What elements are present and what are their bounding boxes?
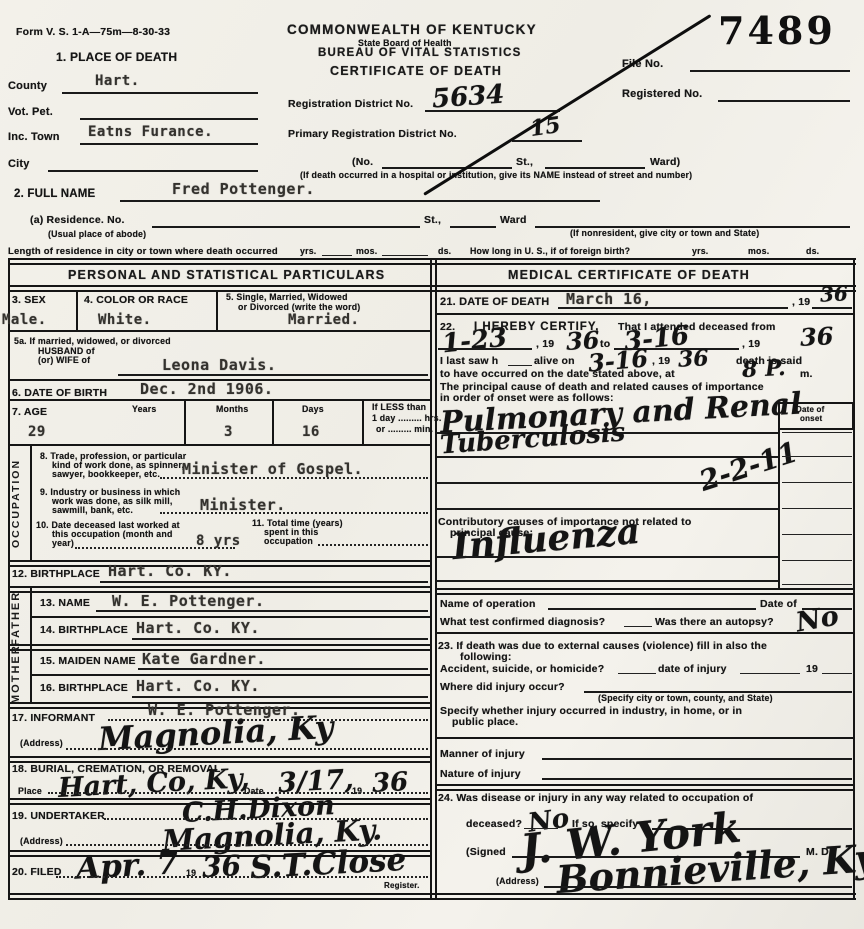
mother-birthplace-value: Hart. Co. KY. [136, 677, 260, 695]
deceased-label: deceased? [466, 818, 522, 830]
length-residence-label: Length of residence in city or town wher… [8, 246, 278, 257]
full-name-value: Fred Pottenger. [172, 180, 315, 198]
divider [436, 737, 853, 739]
birthplace-label: 12. BIRTHPLACE [12, 568, 100, 580]
date-of-injury-label: date of injury [658, 663, 727, 675]
external-causes-label2: following: [460, 651, 512, 663]
underline [782, 508, 852, 509]
undertaker-address-label: (Address) [20, 836, 63, 846]
residence-label: (a) Residence. No. [30, 214, 125, 226]
test-confirmed-label: What test confirmed diagnosis? [440, 616, 605, 628]
divider [8, 330, 432, 332]
register-label: Register. [384, 881, 420, 890]
if-less-label2: 1 day ......... hrs. [372, 413, 442, 423]
mother-maiden-label: 15. MAIDEN NAME [40, 655, 136, 667]
divider [272, 399, 274, 444]
year-prefix: , 19 [652, 355, 670, 367]
certificate-title: CERTIFICATE OF DEATH [330, 64, 502, 78]
field10-label3: year) [52, 538, 74, 548]
mother-side-label: MOTHER [10, 650, 28, 704]
yrs-label: yrs. [692, 246, 708, 256]
underline [690, 70, 850, 72]
underline [382, 255, 428, 256]
last-saw-year: 36 [677, 345, 709, 373]
manner-of-injury-label: Manner of injury [440, 748, 525, 760]
divider [436, 632, 853, 634]
death-certificate-scan: Form V. S. 1-A—75m—8-30-33 1. PLACE OF D… [0, 0, 864, 929]
underline [100, 581, 428, 583]
age-years-header: Years [132, 404, 156, 414]
father-name-value: W. E. Pottenger. [112, 592, 265, 610]
underline [450, 226, 496, 228]
full-name-label: 2. FULL NAME [14, 188, 95, 200]
married-to-label: 5a. If married, widowed, or divorced [14, 336, 171, 346]
underline [508, 365, 532, 366]
undertaker-label: 19. UNDERTAKER [12, 810, 105, 822]
accident-suicide-label: Accident, suicide, or homicide? [440, 663, 604, 675]
burial-year-value: 36 [371, 767, 409, 799]
father-name-label: 13. NAME [40, 597, 90, 609]
wife-of-label: (or) WIFE of [38, 355, 90, 365]
residence-st-label: St., [424, 214, 441, 226]
related-to-occupation-label: 24. Was disease or injury in any way rel… [438, 792, 753, 804]
attended-from-value: 1-23 [441, 323, 509, 360]
underline [120, 200, 600, 202]
date-of-death-value: March 16, [566, 290, 652, 308]
age-years-value: 29 [28, 424, 46, 440]
underline [545, 167, 645, 169]
sex-value: Male. [2, 312, 47, 328]
form-code: Form V. S. 1-A—75m—8-30-33 [16, 26, 170, 38]
county-label: County [8, 80, 47, 92]
divider [8, 399, 432, 401]
date-of-onset-label2: onset [800, 414, 822, 423]
county-value: Hart. [95, 73, 140, 89]
occupation-value: Minister of Gospel. [182, 460, 363, 478]
divider [8, 893, 856, 900]
underline [382, 167, 512, 169]
filed-year-value: 36 [201, 849, 242, 884]
mos-label: mos. [356, 246, 377, 256]
inc-town-label: Inc. Town [8, 131, 60, 143]
underline [782, 534, 852, 535]
underline [160, 477, 428, 479]
hospital-note: (If death occurred in a hospital or inst… [300, 170, 692, 180]
autopsy-label: Was there an autopsy? [655, 616, 774, 628]
underline [782, 560, 852, 561]
divider [30, 674, 432, 676]
nature-of-injury-label: Nature of injury [440, 768, 521, 780]
underline [782, 456, 852, 457]
section-place-of-death: 1. PLACE OF DEATH [56, 50, 177, 64]
injury-year-prefix: 19 [806, 663, 818, 675]
signed-label: (Signed [466, 846, 506, 858]
race-value: White. [98, 312, 152, 328]
divider [435, 258, 437, 898]
underline [96, 610, 428, 612]
bureau-subtitle: BUREAU OF VITAL STATISTICS [318, 47, 522, 59]
how-long-us-label: How long in U. S., if of foreign birth? [470, 246, 630, 256]
registered-no-label: Registered No. [622, 88, 702, 100]
st-label: St., [516, 156, 533, 168]
ds-label: ds. [438, 246, 451, 256]
death-year-value: 36 [819, 281, 848, 306]
underline [80, 143, 258, 145]
underline [80, 118, 258, 120]
father-birthplace-value: Hart. Co. KY. [136, 619, 260, 637]
date-of-onset-value: 2-2-11 [695, 435, 801, 498]
divider [853, 258, 855, 898]
age-days-value: 16 [302, 424, 320, 440]
divider [184, 399, 186, 444]
underline [322, 255, 352, 256]
field11-label3: occupation [264, 536, 313, 546]
voting-precinct-label: Vot. Pet. [8, 106, 53, 118]
underline [542, 758, 852, 760]
personal-section-title: PERSONAL AND STATISTICAL PARTICULARS [68, 268, 385, 282]
year-prefix: 19 [352, 786, 362, 796]
underline [138, 668, 428, 670]
registration-district-label: Registration District No. [288, 98, 413, 110]
field8-label3: sawyer, bookkeeper, etc. [52, 469, 160, 479]
underline [624, 626, 652, 627]
underline [512, 140, 582, 142]
underline [425, 110, 560, 112]
hour-of-death: 8 P. [741, 355, 786, 383]
primary-registration-label: Primary Registration District No. [288, 128, 457, 140]
underline [66, 748, 428, 750]
registrar-signature: S.T.Close [249, 842, 407, 886]
underline [160, 512, 428, 514]
underline [437, 556, 778, 558]
last-saw-label: I last saw h [440, 355, 498, 367]
underline [437, 580, 778, 582]
underline [75, 547, 235, 549]
divider [436, 588, 853, 595]
occurred-label: to have occurred on the date stated abov… [440, 368, 675, 380]
underline [542, 778, 852, 780]
underline [618, 673, 656, 674]
underline [56, 876, 428, 878]
name-of-operation-label: Name of operation [440, 598, 536, 610]
residence-ward-label: Ward [500, 214, 527, 226]
age-days-header: Days [302, 404, 324, 414]
divider [8, 444, 432, 446]
divider [362, 399, 364, 444]
underline [437, 482, 778, 484]
underline [437, 508, 778, 510]
underline [132, 638, 428, 640]
divider [436, 313, 853, 315]
underline [782, 482, 852, 483]
informant-label: 17. INFORMANT [12, 712, 95, 724]
commonwealth-title: COMMONWEALTH OF KENTUCKY [287, 22, 537, 37]
underline [812, 307, 852, 309]
underline [740, 673, 800, 674]
field9-label3: sawmill, bank, etc. [52, 505, 133, 515]
filed-label: 20. FILED [12, 866, 62, 878]
if-less-label3: or ......... min. [376, 424, 433, 434]
underline [48, 792, 428, 794]
medical-section-title: MEDICAL CERTIFICATE OF DEATH [508, 268, 750, 282]
marital-label2: or Divorced (write the word) [238, 302, 360, 312]
underline [118, 374, 428, 376]
underline [438, 348, 532, 350]
inc-town-value: Eatns Furance. [88, 124, 213, 140]
alive-on-label: alive on [534, 355, 575, 367]
burial-place-label: Place [18, 786, 42, 796]
underline [822, 673, 852, 674]
date-of-death-label: 21. DATE OF DEATH [440, 296, 549, 308]
informant-address-value: Magnolia, Ky [97, 708, 334, 758]
nonresident-note: (If nonresident, give city or town and S… [570, 228, 759, 238]
yrs-label: yrs. [300, 246, 316, 256]
operation-date-label: Date of [760, 598, 797, 610]
certificate-number-stamp: 7489 [718, 8, 836, 53]
underline [544, 886, 852, 888]
no-label: (No. [352, 156, 373, 168]
mos-label: mos. [748, 246, 769, 256]
ds-label: ds. [806, 246, 819, 256]
specify-city-note: (Specify city or town, county, and State… [598, 693, 773, 703]
divider [76, 290, 78, 330]
occupation-side-label: OCCUPATION [10, 447, 28, 559]
divider [8, 285, 856, 292]
underline [718, 100, 850, 102]
ward-label: Ward) [650, 156, 680, 168]
marital-value: Married. [288, 312, 359, 328]
divider [216, 290, 218, 330]
divider [436, 784, 853, 791]
underline [548, 608, 756, 610]
underline [132, 696, 428, 698]
divider [30, 616, 432, 618]
underline [62, 92, 258, 94]
birthplace-value: Hart. Co. KY. [108, 562, 232, 580]
underline [152, 226, 420, 228]
marital-label: 5. Single, Married, Widowed [226, 292, 348, 302]
mother-birthplace-label: 16. BIRTHPLACE [40, 682, 128, 694]
if-less-label1: If LESS than [372, 402, 426, 412]
underline [318, 544, 428, 546]
informant-address-label: (Address) [20, 738, 63, 748]
abode-note: (Usual place of abode) [48, 229, 146, 239]
year-prefix: , 19 [792, 296, 810, 308]
father-side-label: FATHER [10, 592, 28, 646]
age-months-header: Months [216, 404, 248, 414]
sex-label: 3. SEX [12, 294, 46, 306]
city-label: City [8, 158, 30, 170]
date-of-birth-label: 6. DATE OF BIRTH [12, 387, 107, 399]
where-injury-label: Where did injury occur? [440, 681, 565, 693]
underline [48, 170, 258, 172]
divider [8, 258, 856, 265]
mother-maiden-value: Kate Gardner. [142, 650, 266, 668]
year-prefix: , 19 [536, 338, 554, 350]
specify-where-label2: public place. [452, 716, 518, 728]
age-label: 7. AGE [12, 406, 47, 418]
father-birthplace-label: 14. BIRTHPLACE [40, 624, 128, 636]
underline [782, 432, 852, 433]
underline [558, 307, 788, 309]
attended-to-year: 36 [799, 321, 834, 352]
divider [30, 444, 32, 562]
year-prefix: , 19 [742, 338, 760, 350]
date-of-birth-value: Dec. 2nd 1906. [140, 380, 273, 398]
underline [782, 584, 852, 585]
m-label: m. [800, 368, 813, 380]
race-label: 4. COLOR OR RACE [84, 294, 188, 306]
divider [8, 756, 432, 763]
filed-date-value: Apr. 7 [75, 845, 179, 886]
spouse-value: Leona Davis. [162, 356, 276, 374]
age-months-value: 3 [224, 424, 233, 440]
physician-address-label: (Address) [496, 876, 539, 886]
